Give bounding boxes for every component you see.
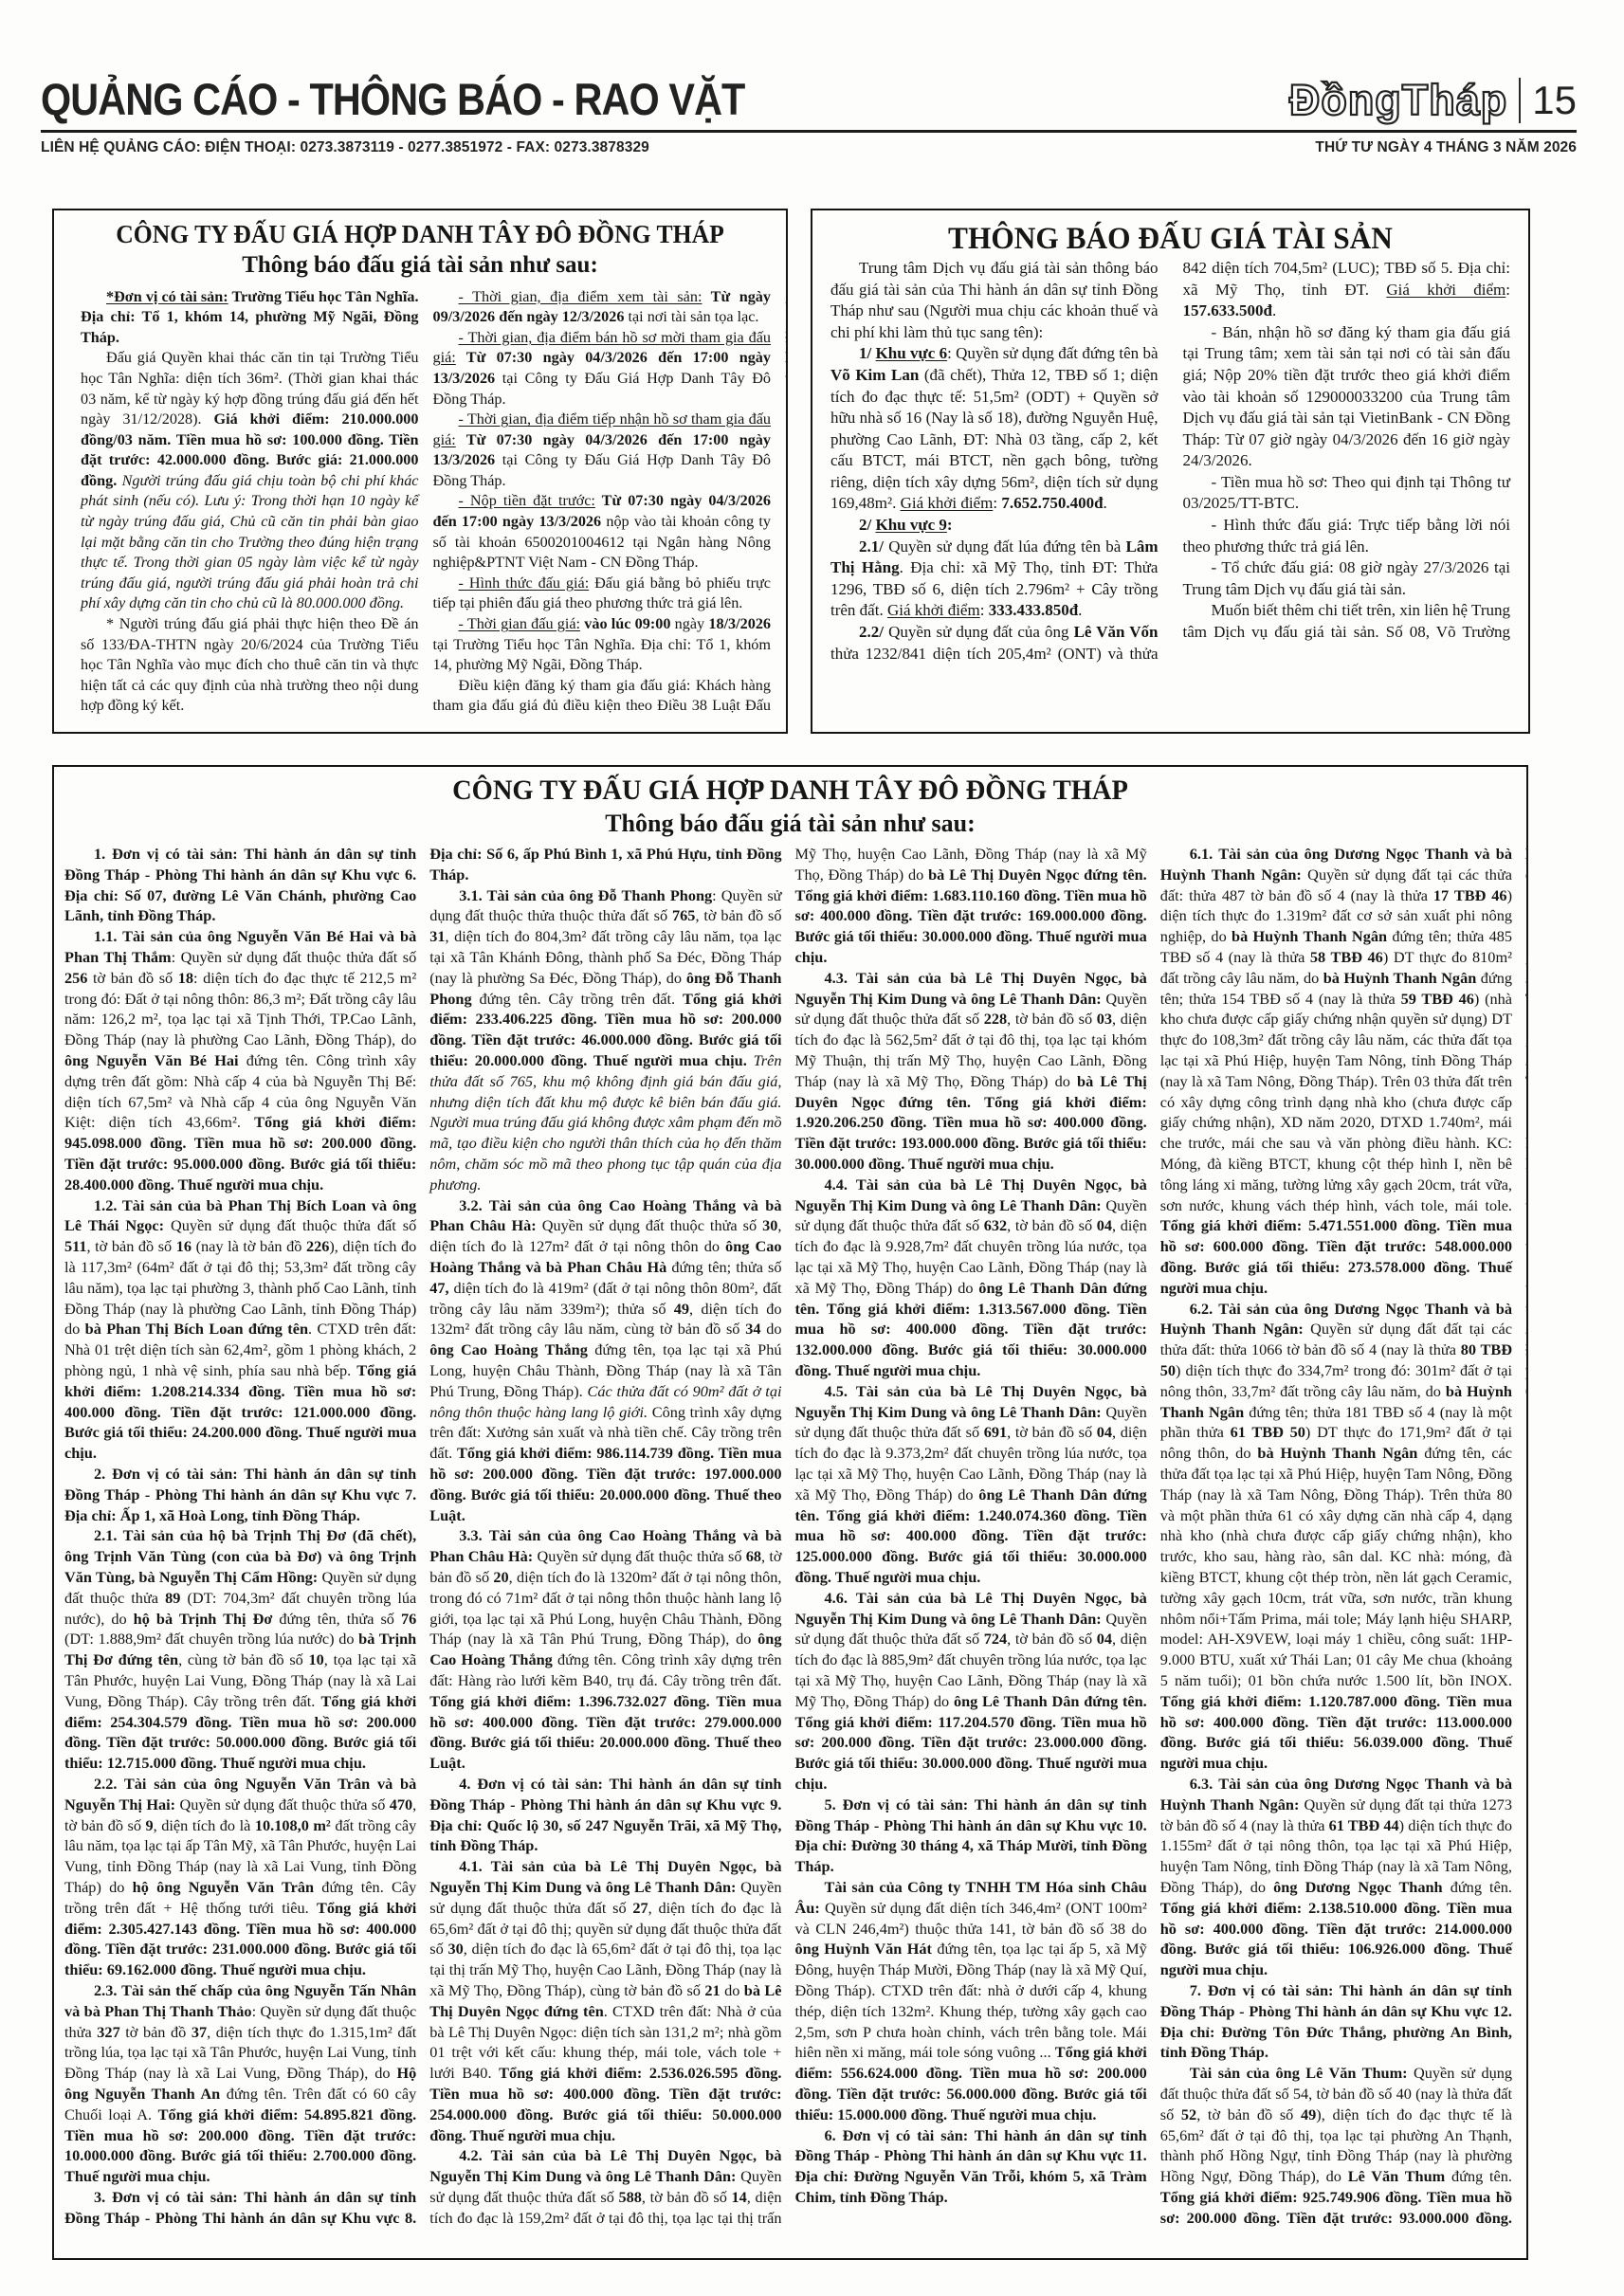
paragraph: 7. Đơn vị có tài sản: Thi hành án dân sự…	[1160, 1980, 1512, 2063]
paragraph: 1. Đơn vị có tài sản: Thi hành án dân sự…	[64, 844, 416, 926]
paragraph: - Thời gian, địa điểm bán hồ sơ mời tham…	[433, 328, 772, 410]
advertising-contact-line: LIÊN HỆ QUẢNG CÁO: ĐIỆN THOẠI: 0273.3873…	[41, 139, 649, 156]
paragraph: - Hình thức đấu giá: Trực tiếp bằng lời …	[1183, 515, 1511, 557]
paragraph: 3.3. Tài sản của ông Cao Hoàng Thắng và …	[429, 1525, 781, 1774]
paragraph: *Đơn vị có tài sản: Trường Tiểu học Tân …	[81, 287, 419, 349]
paragraph: - Thời gian, địa điểm tiếp nhận hồ sơ th…	[433, 410, 772, 491]
paragraph: - Thời gian, địa điểm xem tài sản: Từ ng…	[433, 287, 772, 328]
paragraph: - Nộp tiền đặt trước: Từ 07:30 ngày 04/3…	[433, 491, 772, 573]
notice-columns: Trung tâm Dịch vụ đấu giá tài sản thông …	[812, 258, 1528, 683]
paragraph: 3.1. Tài sản của ông Đỗ Thanh Phong: Quy…	[429, 885, 781, 1195]
paragraph: 6.1. Tài sản của ông Dương Ngọc Thanh và…	[1160, 844, 1512, 1299]
masthead-subrow: LIÊN HỆ QUẢNG CÁO: ĐIỆN THOẠI: 0273.3873…	[41, 139, 1577, 156]
paragraph: 1.1. Tài sản của ông Nguyễn Văn Bé Hai v…	[64, 926, 416, 1194]
newspaper-logo: ĐồngTháp	[1289, 76, 1507, 125]
paragraph: 1/ Khu vực 6: Quyền sử dụng đất đứng tên…	[830, 343, 1159, 515]
paragraph: - Hình thức đấu giá: Đấu giá trực tiếp b…	[1525, 1215, 1526, 1257]
paragraph: 4.1. Tài sản của bà Lê Thị Duyên Ngọc, b…	[429, 1856, 781, 2145]
paragraph: 6.3. Tài sản của ông Dương Ngọc Thanh và…	[1160, 1774, 1512, 1980]
notice-subtitle: Thông báo đấu giá tài sản như sau:	[60, 811, 1521, 838]
paragraph: 2/ Khu vực 9:	[830, 515, 1159, 537]
paragraph: - Thời gian, địa điểm bán hồ sơ mời tham…	[1525, 926, 1526, 1009]
paragraph: 4.5. Tài sản của bà Lê Thị Duyên Ngọc, b…	[795, 1381, 1147, 1588]
paragraph: - Tổ chức đấu giá: 08 giờ ngày 27/3/2026…	[1183, 557, 1511, 600]
masthead-right: ĐồngTháp 15	[1289, 76, 1577, 125]
notice-title: THÔNG BÁO ĐẤU GIÁ TÀI SẢN	[836, 222, 1505, 258]
paragraph: Đấu giá Quyền khai thác căn tin tại Trườ…	[81, 348, 419, 614]
paragraph: - Thời gian, địa điểm xem tài sản: Từ ng…	[1525, 885, 1526, 927]
paragraph: 1.2. Tài sản của bà Phan Thị Bích Loan v…	[64, 1195, 416, 1464]
paragraph: - Bán, nhận hồ sơ đăng ký tham gia đấu g…	[1183, 322, 1511, 472]
paragraph: 3.2. Tài sản của ông Cao Hoàng Thắng và …	[429, 1195, 781, 1526]
paragraph: 5. Đơn vị có tài sản: Thi hành án dân sự…	[795, 1795, 1147, 1877]
paragraph: - Nộp tiền đặt trước: Từ 07:30 ngày 04/3…	[1525, 1092, 1526, 1175]
notice-columns: 1. Đơn vị có tài sản: Thi hành án dân sự…	[54, 844, 1526, 2247]
paragraph: * Người trúng đấu giá phải thực hiện the…	[81, 614, 419, 717]
paragraph: 4.3. Tài sản của bà Lê Thị Duyên Ngọc, b…	[795, 968, 1147, 1175]
newspaper-page: QUẢNG CÁO - THÔNG BÁO - RAO VẶT ĐồngTháp…	[0, 0, 1624, 2296]
paragraph: Trung tâm Dịch vụ đấu giá tài sản thông …	[830, 258, 1159, 343]
paragraph: - Tiền mua hồ sơ: Theo qui định tại Thôn…	[1183, 472, 1511, 515]
masthead-rule	[41, 130, 1577, 133]
paragraph: 4.4. Tài sản của bà Lê Thị Duyên Ngọc, b…	[795, 1175, 1147, 1381]
paragraph: Điều kiện đăng ký tham gia đấu giá: Khác…	[1525, 1257, 1526, 1402]
notice-title: CÔNG TY ĐẤU GIÁ HỢP DANH TÂY ĐÔ ĐỒNG THÁ…	[78, 220, 762, 249]
paragraph: - Hình thức đấu giá: Đấu giá bằng bỏ phi…	[433, 574, 772, 614]
paragraph: 2.1. Tài sản của hộ bà Trịnh Thị Đơ (đã …	[64, 1525, 416, 1774]
auction-notice-box-trung-tam: THÔNG BÁO ĐẤU GIÁ TÀI SẢN Trung tâm Dịch…	[811, 209, 1530, 734]
paragraph: 2.2. Tài sản của ông Nguyễn Văn Trân và …	[64, 1774, 416, 1980]
paragraph: 4.6. Tài sản của bà Lê Thị Duyên Ngọc, b…	[795, 1588, 1147, 1795]
page-number: 15	[1532, 78, 1577, 123]
paragraph: 6. Đơn vị có tài sản: Thi hành án dân sự…	[795, 2125, 1147, 2208]
masthead: QUẢNG CÁO - THÔNG BÁO - RAO VẶT ĐồngTháp…	[41, 46, 1577, 125]
page-number-divider	[1519, 78, 1521, 123]
issue-date: THỨ TƯ NGÀY 4 THÁNG 3 NĂM 2026	[1315, 139, 1577, 156]
paragraph: 2.1/ Quyền sử dụng đất lúa đứng tên bà L…	[830, 537, 1159, 622]
paragraph: - Thời gian đấu giá: vào lúc 09:00 ngày …	[1525, 1175, 1526, 1216]
auction-notice-box-tay-do-small: CÔNG TY ĐẤU GIÁ HỢP DANH TÂY ĐÔ ĐỒNG THÁ…	[52, 209, 788, 734]
paragraph: Tài sản của Công ty TNHH TM Hóa sinh Châ…	[795, 1877, 1147, 2125]
paragraph: 2.3. Tài sản thế chấp của ông Nguyễn Tấn…	[64, 1980, 416, 2187]
paragraph: - Thời gian đấu giá: vào lúc 09:00 ngày …	[433, 614, 772, 676]
paragraph: 6.2. Tài sản của ông Dương Ngọc Thanh và…	[1160, 1299, 1512, 1774]
paragraph: - Thời gian, địa điểm tiếp nhận hồ sơ th…	[1525, 1009, 1526, 1091]
notice-subtitle: Thông báo đấu giá tài sản như sau:	[60, 252, 780, 279]
auction-notice-box-tay-do-large: CÔNG TY ĐẤU GIÁ HỢP DANH TÂY ĐÔ ĐỒNG THÁ…	[52, 765, 1528, 2260]
notice-title: CÔNG TY ĐẤU GIÁ HỢP DANH TÂY ĐÔ ĐỒNG THÁ…	[97, 774, 1485, 808]
paragraph: 4. Đơn vị có tài sản: Thi hành án dân sự…	[429, 1774, 781, 1856]
paragraph: 2. Đơn vị có tài sản: Thi hành án dân sự…	[64, 1464, 416, 1525]
notice-columns: *Đơn vị có tài sản: Trường Tiểu học Tân …	[54, 287, 786, 725]
section-title: QUẢNG CÁO - THÔNG BÁO - RAO VẶT	[41, 73, 744, 125]
